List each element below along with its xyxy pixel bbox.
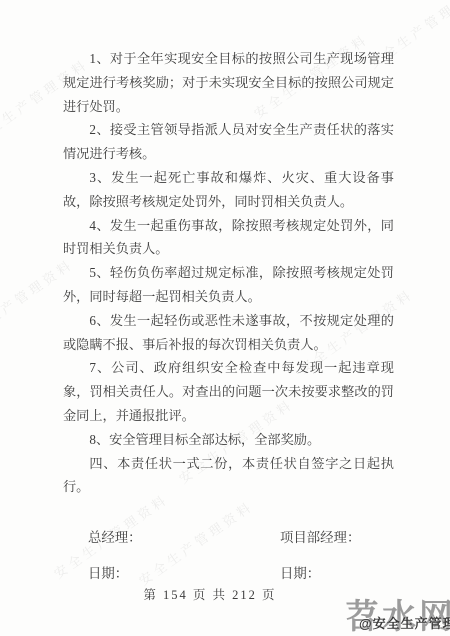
date-label-left: 日期： — [63, 562, 280, 586]
signature-role-row: 总经理： 项目部经理： — [63, 526, 394, 550]
document-body: 1、对于全年实现安全目标的按照公司生产现场管理规定进行考核奖励；对于未实现安全目… — [63, 47, 394, 586]
paragraph-3: 3、发生一起死亡事故和爆炸、火灾、重大设备事故，除按照考核规定处罚外，同时罚相关… — [63, 166, 394, 214]
document-page: 安全生产管理资料 安全生产管理资料 安全生产管理资料 安全生产管理资料 安全生产… — [0, 0, 450, 636]
paragraph-7: 7、公司、政府组织安全检查中每发现一起违章现象，罚相关责任人。对查出的问题一次未… — [63, 356, 394, 427]
paragraph-5: 5、轻伤负伤率超过规定标准，除按照考核规定处罚外，同时每超一起罚相关负责人。 — [63, 261, 394, 309]
paragraph-6: 6、发生一起轻伤或恶性未遂事故，不按规定处理的或隐瞒不报、事后补报的每次罚相关负… — [63, 309, 394, 357]
site-watermark-logo: 苕水网 @安全生产管理 — [345, 600, 450, 634]
paragraph-4: 4、发生一起重伤事故，除按照考核规定处罚外，同时罚相关负责人。 — [63, 214, 394, 262]
signature-date-row: 日期： 日期： — [63, 562, 394, 586]
signature-general-manager-label: 总经理： — [63, 526, 280, 550]
paragraph-2: 2、接受主管领导指派人员对安全生产责任状的落实情况进行考核。 — [63, 118, 394, 166]
paragraph-9: 四、本责任状一式二份，本责任状自签字之日起执行。 — [63, 452, 394, 500]
watermark-logo-overlay-text: @安全生产管理 — [359, 613, 450, 632]
paragraph-1: 1、对于全年实现安全目标的按照公司生产现场管理规定进行考核奖励；对于未实现安全目… — [63, 47, 394, 118]
date-label-right: 日期： — [280, 562, 394, 586]
paragraph-8: 8、安全管理目标全部达标，全部奖励。 — [63, 428, 394, 452]
signature-project-manager-label: 项目部经理： — [280, 526, 394, 550]
